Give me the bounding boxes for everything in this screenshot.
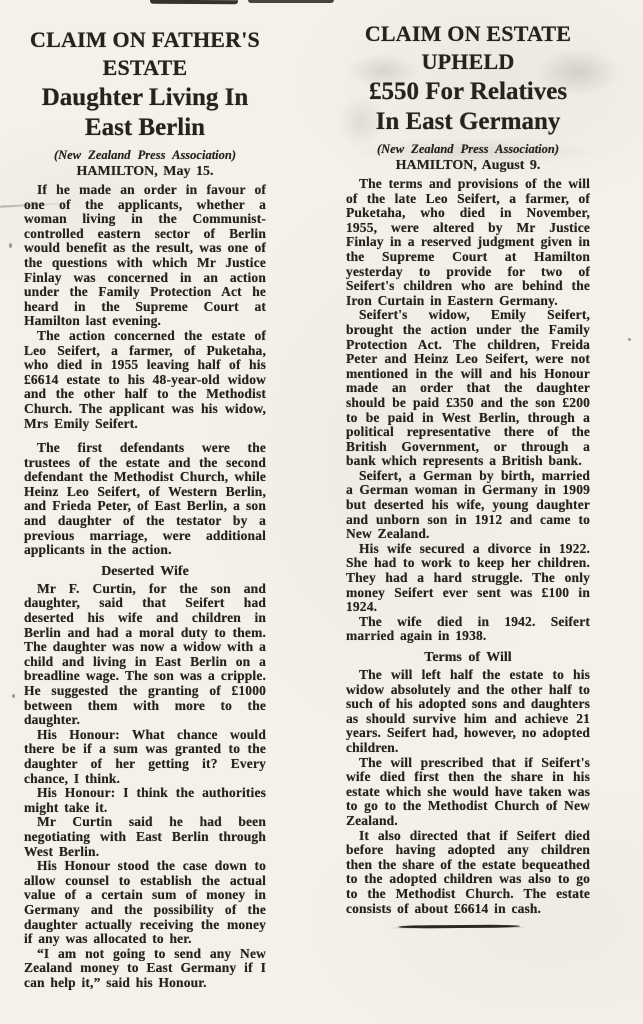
article-paragraph: Seifert's widow, Emily Seifert, brought … xyxy=(346,308,590,469)
article-paragraph: If he made an order in favour of one of … xyxy=(24,183,266,329)
right-deck-headline: £550 For Relatives In East Germany xyxy=(346,77,590,137)
article-paragraph: His Honour stood the case down to allow … xyxy=(24,859,266,947)
article-paragraph: His Honour: I think the authorities migh… xyxy=(24,786,266,815)
article-claim-on-estate-upheld: CLAIM ON ESTATE UPHELD £550 For Relative… xyxy=(346,20,590,928)
article-paragraph: Mr F. Curtin, for the son and daughter, … xyxy=(24,582,266,728)
newspaper-clipping-scan: CLAIM ON FATHER'S ESTATE Daughter Living… xyxy=(0,0,643,1024)
article-paragraph: The wife died in 1942. Seifert married a… xyxy=(346,615,590,644)
article-paragraph: His Honour: What chance would there be i… xyxy=(24,728,266,786)
left-deck-headline: Daughter Living In East Berlin xyxy=(24,83,266,143)
right-headline-line1: CLAIM ON ESTATE xyxy=(346,20,590,48)
torn-edge-ink-fragment xyxy=(248,0,334,3)
right-deck-line2: In East Germany xyxy=(346,107,590,137)
article-paragraph: The action concerned the estate of Leo S… xyxy=(24,329,266,431)
ink-speck xyxy=(9,243,12,248)
right-deck-line1: £550 For Relatives xyxy=(346,77,590,107)
article-end-rule xyxy=(398,925,520,929)
left-dateline: HAMILTON, May 15. xyxy=(24,164,266,180)
right-byline: (New Zealand Press Association) xyxy=(346,142,590,157)
right-crosshead: Terms of Will xyxy=(346,650,590,666)
article-paragraph: His wife secured a divorce in 1922. She … xyxy=(346,542,590,615)
article-paragraph: The will left half the estate to his wid… xyxy=(346,668,590,756)
left-deck-line2: East Berlin xyxy=(24,113,266,143)
article-paragraph: Mr Curtin said he had been negotiating w… xyxy=(24,815,266,859)
ink-speck xyxy=(628,338,631,341)
article-paragraph: It also directed that if Seifert died be… xyxy=(346,829,590,917)
article-paragraph: The first defendants were the trustees o… xyxy=(24,441,266,558)
article-paragraph: The will prescribed that if Seifert's wi… xyxy=(346,756,590,829)
left-byline: (New Zealand Press Association) xyxy=(24,148,266,163)
article-paragraph: “I am not going to send any New Zealand … xyxy=(24,947,266,991)
left-headline-line1: CLAIM ON FATHER'S xyxy=(24,26,266,54)
article-claim-on-fathers-estate: CLAIM ON FATHER'S ESTATE Daughter Living… xyxy=(24,26,266,990)
left-headline-line2: ESTATE xyxy=(24,54,266,82)
torn-edge-ink-fragment xyxy=(150,0,238,4)
left-crosshead: Deserted Wife xyxy=(24,564,266,580)
left-deck-line1: Daughter Living In xyxy=(24,83,266,113)
right-dateline: HAMILTON, August 9. xyxy=(346,158,590,174)
article-paragraph: Seifert, a German by birth, married a Ge… xyxy=(346,469,590,542)
ink-speck xyxy=(12,694,15,698)
right-headline-line2: UPHELD xyxy=(346,48,590,76)
article-paragraph: The terms and provisions of the will of … xyxy=(346,177,590,308)
left-headline: CLAIM ON FATHER'S ESTATE xyxy=(24,26,266,81)
right-headline: CLAIM ON ESTATE UPHELD xyxy=(346,20,590,75)
